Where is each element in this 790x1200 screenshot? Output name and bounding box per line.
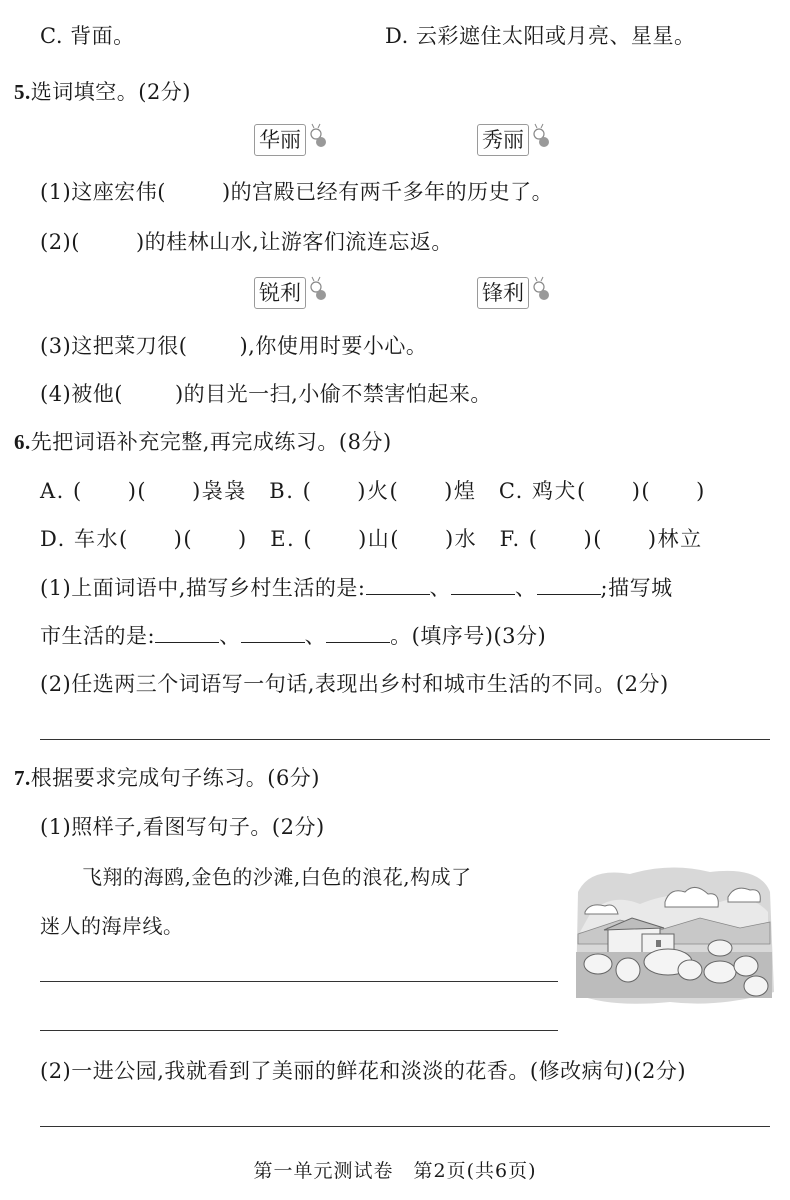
- fill-blank[interactable]: [451, 574, 515, 595]
- q6-sub1-line1: (1)上面词语中,描写乡村生活的是:、、;描写城: [40, 574, 673, 602]
- q7-example-line1: 飞翔的海鸥,金色的沙滩,白色的浪花,构成了: [82, 863, 472, 891]
- q5-item-4: (4)被他()的目光一扫,小偷不禁害怕起来。: [40, 380, 492, 408]
- answer-line[interactable]: [40, 1030, 558, 1031]
- word-choice-ruili: 锐利: [254, 277, 306, 309]
- q7-title: 根据要求完成句子练习。(6分): [31, 766, 320, 790]
- q6-word-row-2: D. 车水( )( ) E. ( )山( )水 F. ( )( )林立: [40, 525, 703, 553]
- q6-title: 先把词语补充完整,再完成练习。(8分): [31, 430, 392, 454]
- q5-item-2: (2)()的桂林山水,让游客们流连忘返。: [40, 228, 453, 256]
- word-choice-fengli: 锋利: [477, 277, 529, 309]
- q5-item-1: (1)这座宏伟()的宫殿已经有两千多年的历史了。: [40, 178, 553, 206]
- q6-sub1-line2: 市生活的是:、、。(填序号)(3分): [40, 622, 546, 650]
- answer-line[interactable]: [40, 739, 770, 740]
- option-c: C. 背面。: [40, 22, 135, 50]
- word-choice-huali: 华丽: [254, 124, 306, 156]
- ladybug-icon: [309, 275, 327, 303]
- fill-blank[interactable]: [241, 622, 305, 643]
- q6-heading: 6.先把词语补充完整,再完成练习。(8分): [14, 428, 392, 456]
- q5-title: 选词填空。(2分): [31, 80, 191, 104]
- ladybug-icon: [532, 275, 550, 303]
- fill-blank[interactable]: [155, 622, 219, 643]
- q5-heading: 5.选词填空。(2分): [14, 78, 191, 106]
- page-footer: 第一单元测试卷 第2页(共6页): [0, 1156, 790, 1183]
- answer-line[interactable]: [40, 1126, 770, 1127]
- fill-blank[interactable]: [366, 574, 430, 595]
- ladybug-icon: [309, 122, 327, 150]
- q7-sub2: (2)一进公园,我就看到了美丽的鲜花和淡淡的花香。(修改病句)(2分): [40, 1057, 686, 1085]
- ladybug-icon: [532, 122, 550, 150]
- q7-number: 7.: [14, 766, 31, 790]
- q7-heading: 7.根据要求完成句子练习。(6分): [14, 764, 320, 792]
- q7-sub1: (1)照样子,看图写句子。(2分): [40, 813, 325, 841]
- q5-number: 5.: [14, 80, 31, 104]
- word-choice-xiuli: 秀丽: [477, 124, 529, 156]
- option-d: D. 云彩遮住太阳或月亮、星星。: [385, 22, 695, 50]
- farm-illustration: [570, 862, 778, 1008]
- q7-example-line2: 迷人的海岸线。: [40, 912, 184, 940]
- q6-word-row-1: A. ( )( )袅袅 B. ( )火( )煌 C. 鸡犬( )( ): [40, 477, 706, 505]
- q6-number: 6.: [14, 430, 31, 454]
- fill-blank[interactable]: [326, 622, 390, 643]
- answer-line[interactable]: [40, 981, 558, 982]
- q5-item-3: (3)这把菜刀很(),你使用时要小心。: [40, 332, 427, 360]
- q6-sub2: (2)任选两三个词语写一句话,表现出乡村和城市生活的不同。(2分): [40, 670, 669, 698]
- fill-blank[interactable]: [537, 574, 601, 595]
